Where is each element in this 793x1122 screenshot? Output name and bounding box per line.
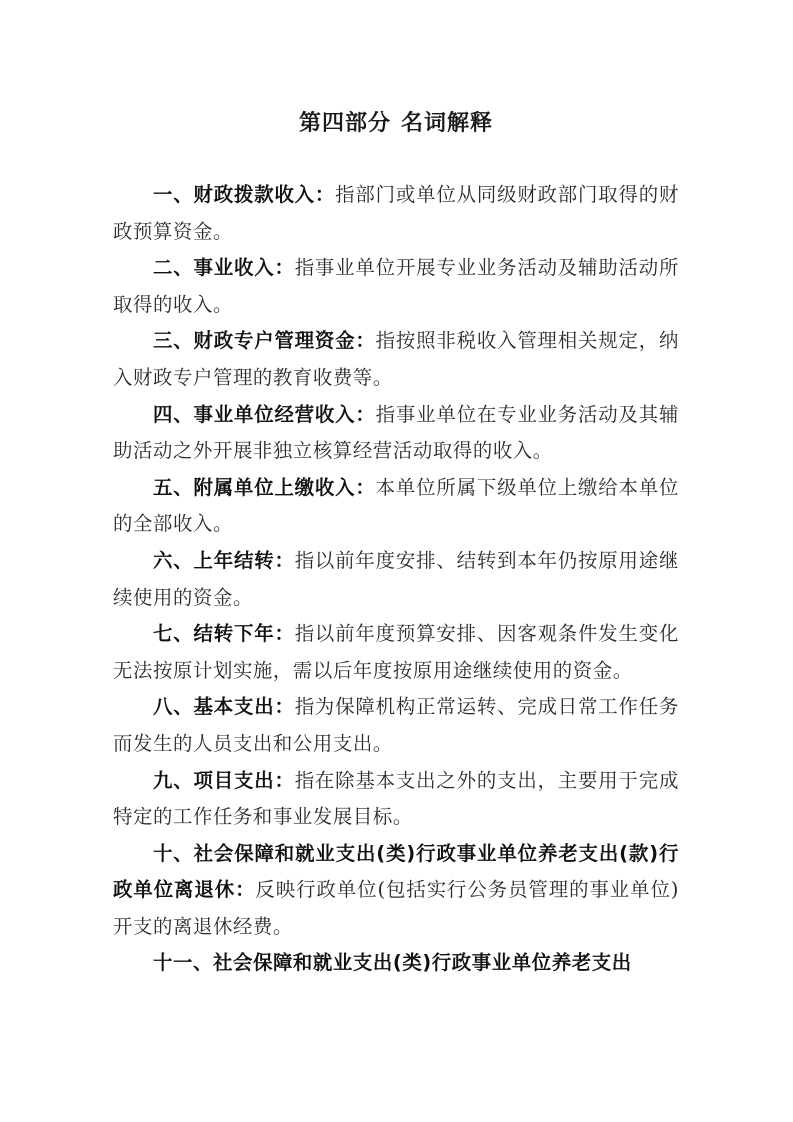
glossary-entry: 八、基本支出：指为保障机构正常运转、完成日常工作任务而发生的人员支出和公用支出。 xyxy=(113,689,679,762)
glossary-entry: 七、结转下年：指以前年度预算安排、因客观条件发生变化无法按原计划实施，需以后年度… xyxy=(113,616,679,689)
glossary-entry: 六、上年结转：指以前年度安排、结转到本年仍按原用途继续使用的资金。 xyxy=(113,543,679,616)
glossary-term: 六、上年结转： xyxy=(153,549,295,572)
glossary-term: 一、财政拨款收入： xyxy=(153,183,335,206)
title-name: 名词解释 xyxy=(401,111,493,136)
glossary-entry: 十一、社会保障和就业支出(类)行政事业单位养老支出 xyxy=(113,945,679,982)
glossary-term: 三、财政专户管理资金： xyxy=(153,329,376,352)
glossary-entry: 三、财政专户管理资金：指按照非税收入管理相关规定，纳入财政专户管理的教育收费等。 xyxy=(113,323,679,396)
glossary-entry: 九、项目支出：指在除基本支出之外的支出，主要用于完成特定的工作任务和事业发展目标… xyxy=(113,763,679,836)
page-title: 第四部分名词解释 xyxy=(113,109,679,139)
glossary-term: 十一、社会保障和就业支出(类)行政事业单位养老支出 xyxy=(153,951,632,974)
glossary-term: 四、事业单位经营收入： xyxy=(153,403,376,426)
glossary-list: 一、财政拨款收入：指部门或单位从同级财政部门取得的财政预算资金。 二、事业收入：… xyxy=(113,177,679,982)
glossary-entry: 一、财政拨款收入：指部门或单位从同级财政部门取得的财政预算资金。 xyxy=(113,177,679,250)
glossary-term: 五、附属单位上缴收入： xyxy=(153,476,376,499)
glossary-entry: 五、附属单位上缴收入：本单位所属下级单位上缴给本单位的全部收入。 xyxy=(113,470,679,543)
glossary-term: 九、项目支出： xyxy=(153,769,295,792)
glossary-entry: 二、事业收入：指事业单位开展专业业务活动及辅助活动所取得的收入。 xyxy=(113,250,679,323)
glossary-term: 八、基本支出： xyxy=(153,695,295,718)
glossary-entry: 四、事业单位经营收入：指事业单位在专业业务活动及其辅助活动之外开展非独立核算经营… xyxy=(113,397,679,470)
glossary-term: 七、结转下年： xyxy=(153,622,295,645)
title-part: 第四部分 xyxy=(299,111,391,136)
glossary-entry: 十、社会保障和就业支出(类)行政事业单位养老支出(款)行政单位离退休：反映行政单… xyxy=(113,836,679,946)
glossary-term: 二、事业收入： xyxy=(153,256,295,279)
